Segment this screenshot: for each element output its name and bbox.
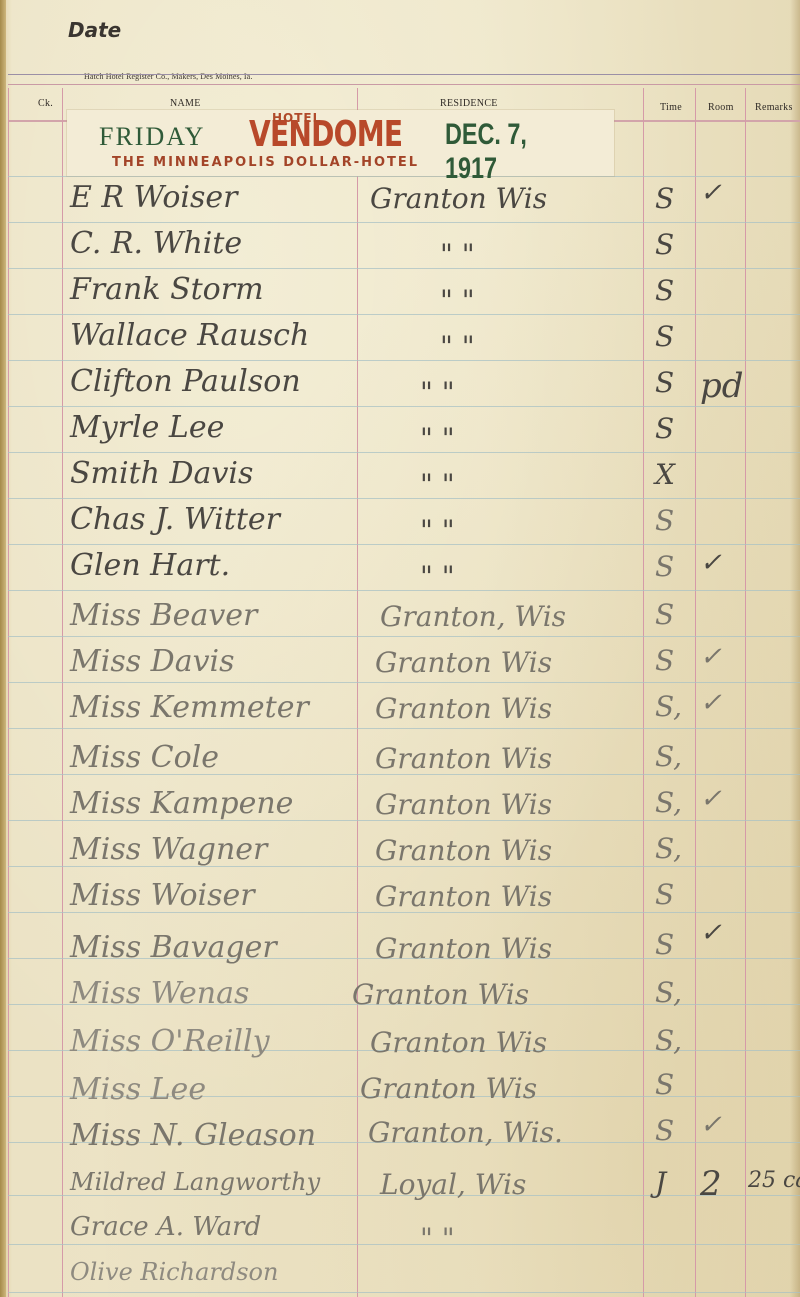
guest-name: Mildred Langworthy — [70, 1168, 320, 1196]
column-divider-ck — [62, 88, 63, 1297]
guest-remarks: 25 cab — [748, 1168, 800, 1193]
ruled-line — [8, 314, 800, 315]
guest-name: E R Woiser — [70, 180, 238, 215]
guest-room: ✓ — [700, 642, 722, 672]
guest-name: Miss Davis — [70, 644, 235, 679]
guest-residence: Granton Wis — [375, 932, 552, 965]
guest-name: Miss Kemmeter — [70, 690, 309, 725]
guest-residence: " " — [440, 284, 475, 317]
guest-name: Chas J. Witter — [70, 502, 280, 537]
guest-name: Miss Bavager — [70, 930, 277, 965]
guest-room: ✓ — [700, 1110, 722, 1140]
column-divider-room — [745, 88, 746, 1297]
column-divider-time — [695, 88, 696, 1297]
guest-time: X — [655, 458, 675, 491]
guest-time: S, — [655, 786, 682, 819]
guest-time: S — [655, 598, 674, 631]
column-divider-left-margin — [8, 88, 9, 1297]
ruled-line — [8, 360, 800, 361]
guest-residence: Loyal, Wis — [380, 1168, 526, 1201]
guest-name: Miss Lee — [70, 1072, 206, 1107]
ruled-line — [8, 682, 800, 683]
stamp-hotel-label: HOTEL — [272, 111, 321, 125]
guest-name: Miss Wenas — [70, 976, 249, 1011]
guest-residence: " " — [420, 560, 455, 593]
ruled-line — [8, 544, 800, 545]
ruled-line — [8, 590, 800, 591]
header-rule-top — [8, 74, 800, 75]
ruled-line — [8, 406, 800, 407]
guest-residence: Granton Wis — [375, 646, 552, 679]
guest-room: 2 — [700, 1164, 722, 1204]
ruled-line — [8, 452, 800, 453]
guest-name: Miss Beaver — [70, 598, 257, 633]
guest-time: S — [655, 928, 674, 961]
ruled-line — [8, 636, 800, 637]
guest-time: S — [655, 878, 674, 911]
guest-residence: Granton Wis — [375, 742, 552, 775]
guest-name: Miss Wagner — [70, 832, 267, 867]
ruled-line — [8, 498, 800, 499]
guest-time: S — [655, 412, 674, 445]
guest-time: S, — [655, 976, 682, 1009]
guest-room: ✓ — [700, 548, 722, 578]
guest-residence: Granton Wis — [352, 978, 529, 1011]
page-edge-shadow — [790, 0, 800, 1297]
guest-room: ✓ — [700, 918, 722, 948]
guest-residence: " " — [440, 238, 475, 271]
guest-name: Miss Kampene — [70, 786, 293, 821]
guest-time: S — [655, 182, 674, 215]
column-header-residence: RESIDENCE — [440, 98, 498, 109]
guest-room: ✓ — [700, 784, 722, 814]
stamp-tagline: THE MINNEAPOLIS DOLLAR-HOTEL — [112, 155, 419, 170]
guest-residence: Granton, Wis — [380, 600, 566, 633]
guest-time: S, — [655, 1024, 682, 1057]
column-header-remarks: Remarks — [755, 102, 793, 113]
guest-time: S — [655, 274, 674, 307]
date-label: Date — [68, 18, 121, 42]
column-header-time: Time — [660, 102, 682, 113]
guest-residence: " " — [420, 1222, 455, 1255]
guest-residence: Granton, Wis. — [368, 1116, 563, 1149]
guest-room: ✓ — [700, 688, 722, 718]
binding-edge — [0, 0, 6, 1297]
ruled-line — [8, 268, 800, 269]
guest-room-paid: pd — [700, 366, 744, 406]
guest-residence: " " — [440, 330, 475, 363]
guest-name: Myrle Lee — [70, 410, 224, 445]
ruled-line — [8, 176, 800, 177]
guest-room: ✓ — [700, 178, 722, 208]
ruled-line — [8, 222, 800, 223]
guest-time: S — [655, 550, 674, 583]
guest-name: Miss Woiser — [70, 878, 255, 913]
guest-time: S — [655, 504, 674, 537]
column-header-name: NAME — [170, 98, 201, 109]
guest-time: S — [655, 366, 674, 399]
guest-name: Clifton Paulson — [70, 364, 301, 399]
guest-time: S — [655, 228, 674, 261]
guest-name: Smith Davis — [70, 456, 253, 491]
guest-residence: Granton Wis — [370, 182, 547, 215]
guest-residence: " " — [420, 376, 455, 409]
column-header-ck: Ck. — [38, 98, 53, 109]
ruled-line — [8, 1244, 800, 1245]
guest-residence: " " — [420, 468, 455, 501]
guest-residence: " " — [420, 514, 455, 547]
guest-name: Miss Cole — [70, 740, 219, 775]
ruled-line — [8, 1292, 800, 1293]
guest-time: S — [655, 320, 674, 353]
guest-name: C. R. White — [70, 226, 242, 261]
guest-time: S, — [655, 690, 682, 723]
register-page: Date Hatch Hotel Register Co., Makers, D… — [0, 0, 800, 1297]
guest-name: Olive Richardson — [70, 1258, 278, 1286]
stamp-date: DEC. 7, 1917 — [445, 118, 577, 186]
guest-residence: Granton Wis — [375, 834, 552, 867]
guest-time: S — [655, 1114, 674, 1147]
column-divider-name — [357, 88, 358, 1297]
stamp-day: FRIDAY — [99, 122, 205, 152]
guest-residence: Granton Wis — [370, 1026, 547, 1059]
guest-time: S, — [655, 740, 682, 773]
header-rule-second — [8, 84, 800, 85]
ruled-line — [8, 728, 800, 729]
guest-name: Miss N. Gleason — [70, 1118, 316, 1153]
guest-residence: Granton Wis — [375, 880, 552, 913]
guest-time: J — [655, 1166, 666, 1199]
guest-residence: Granton Wis — [360, 1072, 537, 1105]
guest-time: S, — [655, 832, 682, 865]
column-divider-residence — [643, 88, 644, 1297]
guest-name: Miss O'Reilly — [70, 1024, 270, 1059]
guest-name: Grace A. Ward — [70, 1212, 261, 1242]
guest-residence: " " — [420, 422, 455, 455]
guest-residence: Granton Wis — [375, 692, 552, 725]
guest-name: Glen Hart. — [70, 548, 230, 583]
guest-time: S — [655, 644, 674, 677]
guest-residence: Granton Wis — [375, 788, 552, 821]
column-header-room: Room — [708, 102, 734, 113]
guest-name: Wallace Rausch — [70, 318, 309, 353]
hotel-date-stamp: FRIDAY VENDOME HOTEL DEC. 7, 1917 THE MI… — [67, 110, 614, 176]
guest-name: Frank Storm — [70, 272, 264, 307]
guest-time: S — [655, 1068, 674, 1101]
